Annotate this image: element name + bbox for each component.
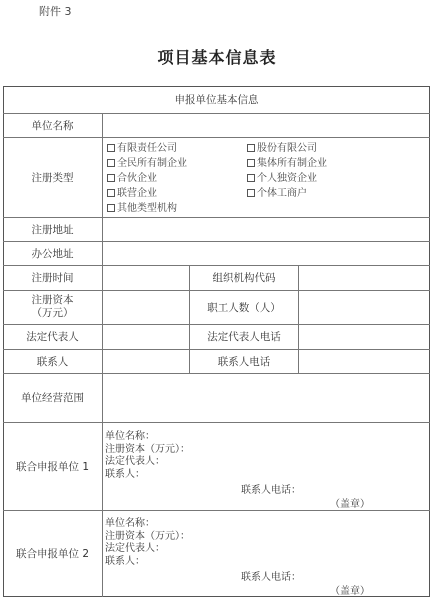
joint-unit-legal-rep: 法定代表人： <box>105 456 190 469</box>
registered-address-field[interactable] <box>103 218 429 241</box>
page-title: 项目基本信息表 <box>0 45 434 68</box>
registration-time-field[interactable] <box>103 266 189 290</box>
contact-label: 联系人 <box>3 349 102 373</box>
unit-name-field[interactable] <box>103 114 429 137</box>
checkbox-icon[interactable] <box>107 189 115 197</box>
joint-unit-contact: 联系人： <box>105 556 190 569</box>
checkbox-icon[interactable] <box>107 204 115 212</box>
checkbox-icon[interactable] <box>107 159 115 167</box>
joint-unit-legal-rep: 法定代表人： <box>105 543 190 556</box>
contact-field[interactable] <box>103 350 189 373</box>
registered-capital-label: 注册资本 （万元） <box>3 290 102 324</box>
registered-address-label: 注册地址 <box>3 217 102 241</box>
checkbox-icon[interactable] <box>247 174 255 182</box>
org-code-label: 组织机构代码 <box>190 265 298 290</box>
joint-unit-name: 单位名称： <box>105 431 190 444</box>
checkbox-option[interactable]: 合伙企业 <box>107 169 157 184</box>
checkbox-option[interactable]: 集体所有制企业 <box>247 154 327 169</box>
checkbox-option[interactable]: 联营企业 <box>107 184 157 199</box>
joint-unit-name: 单位名称： <box>105 518 190 531</box>
joint-unit-capital: 注册资本（万元）： <box>105 531 190 544</box>
joint-unit-contact-phone: 联系人电话： <box>241 568 301 583</box>
attachment-label: 附件 3 <box>39 3 72 19</box>
legal-rep-phone-label: 法定代表人电话 <box>190 324 298 349</box>
checkbox-option[interactable]: 其他类型机构 <box>107 199 177 214</box>
legal-rep-phone-field[interactable] <box>299 325 429 349</box>
checkbox-icon[interactable] <box>247 159 255 167</box>
office-address-label: 办公地址 <box>3 241 102 265</box>
contact-phone-label: 联系人电话 <box>190 349 298 373</box>
checkbox-option[interactable]: 全民所有制企业 <box>107 154 187 169</box>
checkbox-icon[interactable] <box>107 174 115 182</box>
org-code-field[interactable] <box>299 266 429 290</box>
checkbox-icon[interactable] <box>247 189 255 197</box>
checkbox-option[interactable]: 股份有限公司 <box>247 139 317 154</box>
contact-phone-field[interactable] <box>299 350 429 373</box>
checkbox-icon[interactable] <box>107 144 115 152</box>
employee-count-label: 职工人数（人） <box>190 290 298 324</box>
checkbox-option[interactable]: 个体工商户 <box>247 184 307 199</box>
checkbox-option[interactable]: 有限责任公司 <box>107 139 177 154</box>
registered-capital-field[interactable] <box>103 291 189 324</box>
joint-unit-2-details[interactable]: 单位名称： 注册资本（万元）： 法定代表人： 联系人： <box>105 518 190 568</box>
joint-unit-contact: 联系人： <box>105 469 190 482</box>
business-scope-label: 单位经营范围 <box>3 373 102 422</box>
unit-name-label: 单位名称 <box>3 113 102 137</box>
registration-type-label: 注册类型 <box>3 137 102 217</box>
office-address-field[interactable] <box>103 242 429 265</box>
checkbox-option[interactable]: 个人独资企业 <box>247 169 317 184</box>
joint-unit-2-label: 联合申报单位 2 <box>3 510 102 597</box>
legal-rep-label: 法定代表人 <box>3 324 102 349</box>
employee-count-field[interactable] <box>299 291 429 324</box>
registration-time-label: 注册时间 <box>3 265 102 290</box>
business-scope-field[interactable] <box>103 374 429 422</box>
joint-unit-contact-phone: 联系人电话： <box>241 481 301 496</box>
legal-rep-field[interactable] <box>103 325 189 349</box>
checkbox-icon[interactable] <box>247 144 255 152</box>
section-header: 申报单位基本信息 <box>3 86 430 113</box>
registration-type-options: 有限责任公司 股份有限公司 全民所有制企业 集体所有制企业 合伙企业 个人独资企… <box>104 137 426 217</box>
seal-label: （盖章） <box>330 495 370 510</box>
joint-unit-1-details[interactable]: 单位名称： 注册资本（万元）： 法定代表人： 联系人： <box>105 431 190 481</box>
joint-unit-capital: 注册资本（万元）： <box>105 444 190 457</box>
joint-unit-1-label: 联合申报单位 1 <box>3 422 102 510</box>
seal-label: （盖章） <box>330 582 370 597</box>
